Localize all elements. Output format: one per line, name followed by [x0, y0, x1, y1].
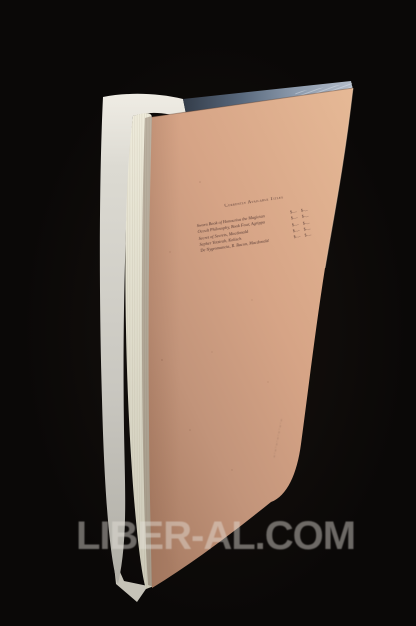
watermark-text: LIBER-AL.COM — [76, 516, 376, 556]
photo-of-book: Currently Available Titles Sworn Book of… — [0, 0, 416, 626]
